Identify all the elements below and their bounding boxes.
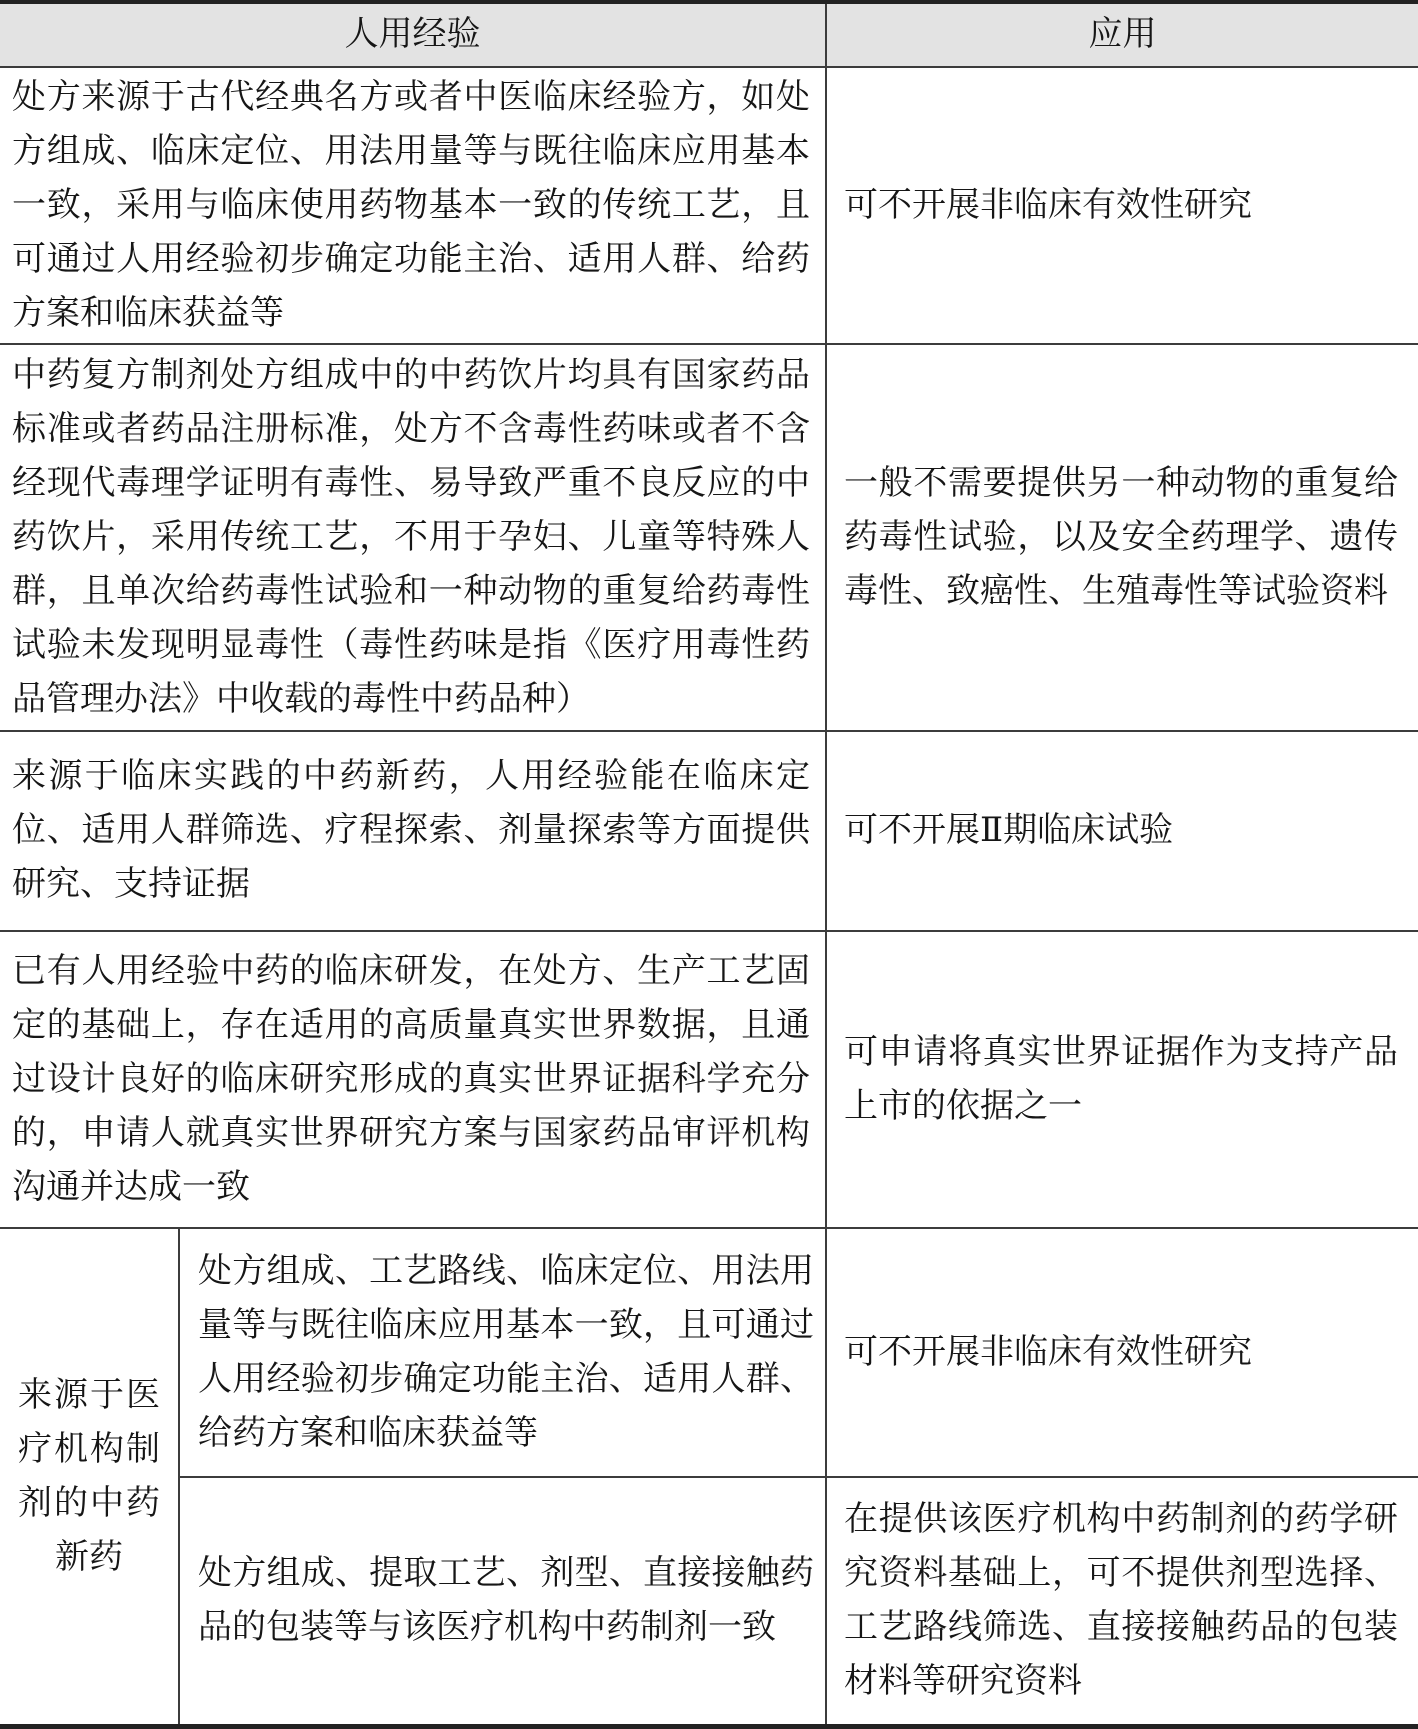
- header-cell-experience: 人用经验: [0, 4, 827, 68]
- row-4-experience-text: 已有人用经验中药的临床研发，在处方、生产工艺固定的基础上，存在适用的高质量真实世…: [12, 945, 810, 1215]
- table-row-3-application: 可不开展Ⅱ期临床试验: [827, 732, 1418, 932]
- group-subrow-1-experience: 处方组成、工艺路线、临床定位、用法用量等与既往临床应用基本一致，且可通过人用经验…: [180, 1229, 827, 1478]
- row-2-experience-text: 中药复方制剂处方组成中的中药饮片均具有国家药品标准或者药品注册标准，处方不含毒性…: [12, 349, 810, 727]
- group-label-text: 来源于医疗机构制剂的中药新药: [18, 1369, 160, 1585]
- group-label-cell: 来源于医疗机构制剂的中药新药: [0, 1229, 180, 1724]
- table-row-4-application: 可申请将真实世界证据作为支持产品上市的依据之一: [827, 932, 1418, 1229]
- table-row-4-experience: 已有人用经验中药的临床研发，在处方、生产工艺固定的基础上，存在适用的高质量真实世…: [0, 932, 827, 1229]
- group-subrow-2-application: 在提供该医疗机构中药制剂的药学研究资料基础上，可不提供剂型选择、工艺路线筛选、直…: [827, 1478, 1418, 1724]
- table-row-1-application: 可不开展非临床有效性研究: [827, 68, 1418, 345]
- row-3-application-text: 可不开展Ⅱ期临床试验: [844, 804, 1398, 858]
- header-label-application: 应用: [827, 8, 1418, 62]
- row-4-application-text: 可申请将真实世界证据作为支持产品上市的依据之一: [844, 1026, 1398, 1134]
- scanned-document-page: 人用经验 应用 处方来源于古代经典名方或者中医临床经验方，如处方组成、临床定位、…: [0, 0, 1418, 1729]
- row-2-application-text: 一般不需要提供另一种动物的重复给药毒性试验，以及安全药理学、遗传毒性、致癌性、生…: [844, 457, 1398, 619]
- table-row-2-application: 一般不需要提供另一种动物的重复给药毒性试验，以及安全药理学、遗传毒性、致癌性、生…: [827, 345, 1418, 732]
- header-label-experience: 人用经验: [0, 8, 825, 62]
- group-subrow-1-application: 可不开展非临床有效性研究: [827, 1229, 1418, 1478]
- table-row-1-experience: 处方来源于古代经典名方或者中医临床经验方，如处方组成、临床定位、用法用量等与既往…: [0, 68, 827, 345]
- group-subrow-2-experience: 处方组成、提取工艺、剂型、直接接触药品的包装等与该医疗机构中药制剂一致: [180, 1478, 827, 1724]
- human-experience-application-table: 人用经验 应用 处方来源于古代经典名方或者中医临床经验方，如处方组成、临床定位、…: [0, 0, 1418, 1729]
- group-subrow-1-experience-text: 处方组成、工艺路线、临床定位、用法用量等与既往临床应用基本一致，且可通过人用经验…: [198, 1245, 814, 1461]
- row-3-experience-text: 来源于临床实践的中药新药，人用经验能在临床定位、适用人群筛选、疗程探索、剂量探索…: [12, 750, 810, 912]
- header-cell-application: 应用: [827, 4, 1418, 68]
- table-row-3-experience: 来源于临床实践的中药新药，人用经验能在临床定位、适用人群筛选、疗程探索、剂量探索…: [0, 732, 827, 932]
- group-subrow-2-application-text: 在提供该医疗机构中药制剂的药学研究资料基础上，可不提供剂型选择、工艺路线筛选、直…: [844, 1493, 1398, 1709]
- row-1-experience-text: 处方来源于古代经典名方或者中医临床经验方，如处方组成、临床定位、用法用量等与既往…: [12, 71, 810, 341]
- row-1-application-text: 可不开展非临床有效性研究: [844, 179, 1398, 233]
- group-subrow-2-experience-text: 处方组成、提取工艺、剂型、直接接触药品的包装等与该医疗机构中药制剂一致: [198, 1547, 814, 1655]
- group-subrow-1-application-text: 可不开展非临床有效性研究: [844, 1326, 1398, 1380]
- table-row-2-experience: 中药复方制剂处方组成中的中药饮片均具有国家药品标准或者药品注册标准，处方不含毒性…: [0, 345, 827, 732]
